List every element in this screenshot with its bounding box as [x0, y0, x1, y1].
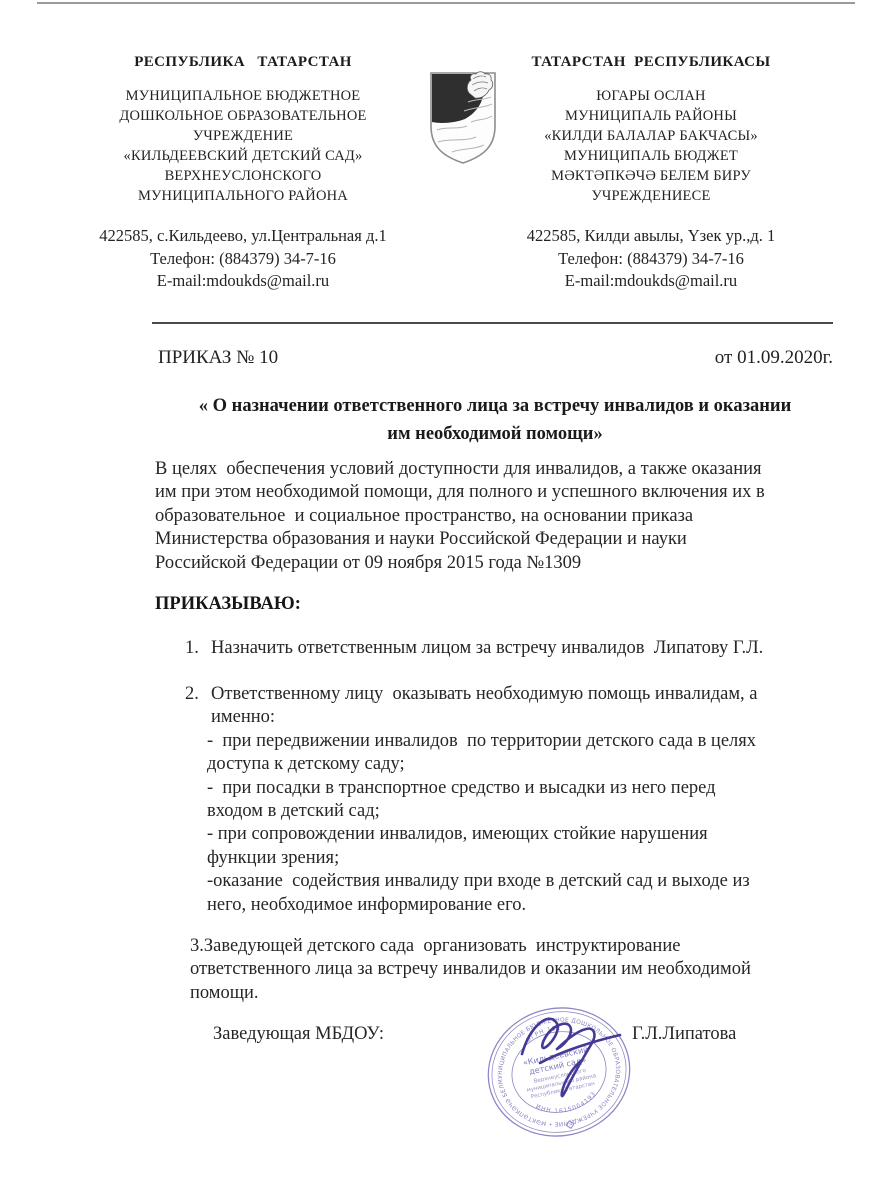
scanned-order-document: РЕСПУБЛИКА ТАТАРСТАН МУНИЦИПАЛЬНОЕ БЮДЖЕ… — [0, 0, 873, 1200]
order-subject: « О назначении ответственного лица за вс… — [150, 392, 840, 448]
order-preamble: В целях обеспечения условий доступности … — [155, 458, 765, 575]
item-number: 2. — [185, 683, 199, 706]
handwritten-signature — [498, 1000, 668, 1110]
organization-name-ru: МУНИЦИПАЛЬНОЕ БЮДЖЕТНОЕ ДОШКОЛЬНОЕ ОБРАЗ… — [65, 86, 421, 206]
address-line: 422585, с.Кильдеево, ул.Центральная д.1 — [65, 225, 421, 248]
order-item-3: 3.Заведующей детского сада организовать … — [190, 935, 751, 1005]
scan-edge-line — [37, 2, 855, 4]
order-date: от 01.09.2020г. — [715, 347, 833, 369]
letterhead-right-tatar: ТАТАРСТАН РЕСПУБЛИКАСЫ ЮГАРЫ ОСЛАН МУНИЦ… — [473, 54, 829, 293]
phone-line: Телефон: (884379) 34-7-16 — [473, 248, 829, 271]
order-number: ПРИКАЗ № 10 — [158, 347, 278, 369]
republic-title-tatar: ТАТАРСТАН РЕСПУБЛИКАСЫ — [473, 54, 829, 71]
order-item-1: 1. Назначить ответственным лицом за встр… — [211, 637, 763, 660]
resolve-word: ПРИКАЗЫВАЮ: — [155, 593, 301, 616]
contact-block-tt: 422585, Килди авылы, Үзек ур.,д. 1 Телеф… — [473, 225, 829, 293]
address-line: 422585, Килди авылы, Үзек ур.,д. 1 — [473, 225, 829, 248]
email-line: E-mail:mdoukds@mail.ru — [473, 270, 829, 293]
organization-name-tt: ЮГАРЫ ОСЛАН МУНИЦИПАЛЬ РАЙОНЫ «КИЛДИ БАЛ… — [473, 86, 829, 206]
contact-block-ru: 422585, с.Кильдеево, ул.Центральная д.1 … — [65, 225, 421, 293]
header-separator-rule — [152, 322, 833, 324]
item-number: 1. — [185, 637, 199, 660]
republic-title: РЕСПУБЛИКА ТАТАРСТАН — [65, 54, 421, 71]
letterhead-left-russian: РЕСПУБЛИКА ТАТАРСТАН МУНИЦИПАЛЬНОЕ БЮДЖЕ… — [65, 54, 421, 293]
phone-line: Телефон: (884379) 34-7-16 — [65, 248, 421, 271]
order-item-2: 2. Ответственному лицу оказывать необход… — [211, 683, 758, 917]
signature-role-label: Заведующая МБДОУ: — [213, 1024, 384, 1045]
email-line: E-mail:mdoukds@mail.ru — [65, 270, 421, 293]
